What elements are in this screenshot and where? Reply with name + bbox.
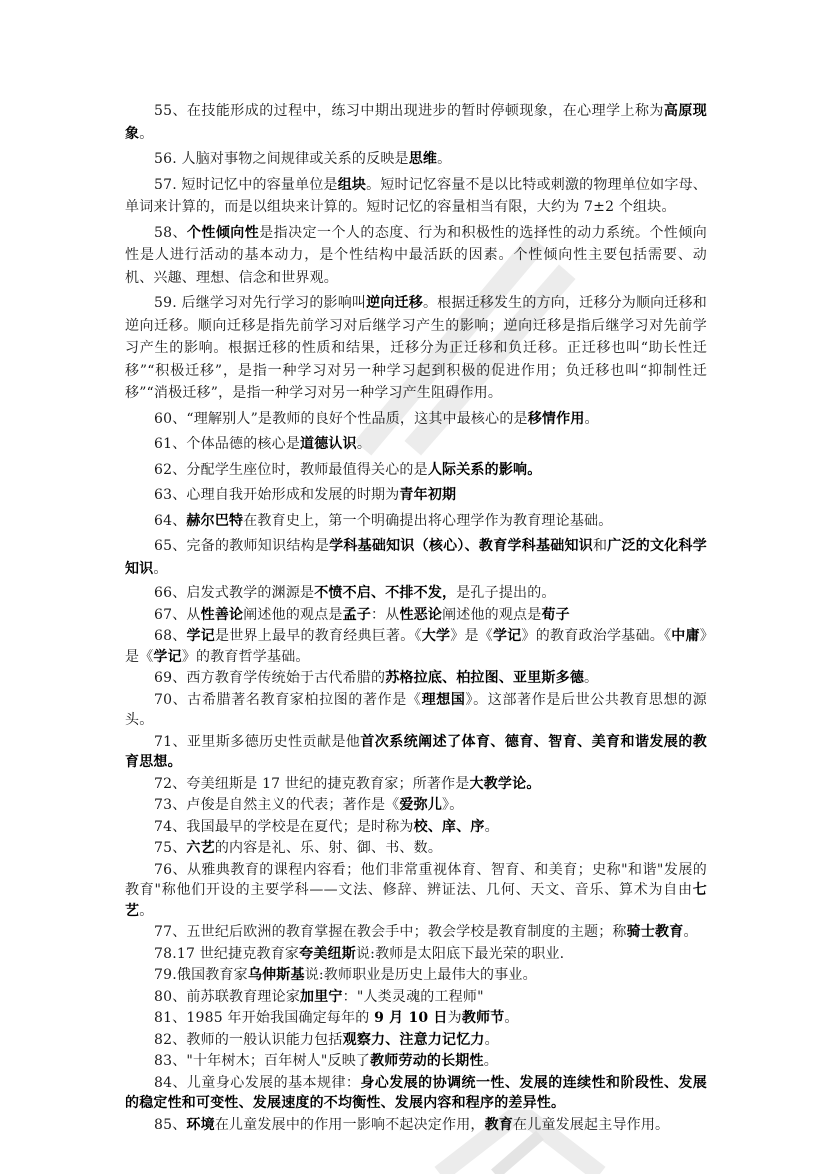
bold-keyword: 个性倾向性 (187, 225, 259, 241)
paragraph-text: 为 (448, 1010, 462, 1026)
paragraph-text: ：从 (371, 607, 399, 623)
paragraph-text: 。 (485, 1032, 499, 1048)
bold-keyword: 赫尔巴特 (186, 513, 243, 529)
paragraph-item-65: 65、完备的教师知识结构是学科基础知识（核心）、教育学科基础知识和广泛的文化科学… (125, 535, 707, 580)
paragraph-text: 。 (504, 1010, 518, 1026)
paragraph-item-62: 62、分配学生座位时，教师最值得关心的是人际关系的影响。 (125, 459, 707, 482)
paragraph-item-66: 66、启发式教学的渊源是不愤不启、不排不发，是孔子提出的。 (125, 583, 707, 604)
bold-keyword: 组块 (338, 177, 366, 193)
paragraph-text: 71、亚里斯多德历史性贡献是他 (154, 734, 360, 750)
bold-keyword: 孟子 (343, 607, 371, 623)
paragraph-item-80: 80、前苏联教育理论家加里宁："人类灵魂的工程师" (125, 987, 707, 1008)
paragraph-text: 。 (139, 903, 153, 919)
paragraph-text: 58、 (154, 225, 187, 241)
paragraph-text: 59. 后继学习对先行学习的影响叫 (154, 295, 366, 311)
paragraph-item-73: 73、卢俊是自然主义的代表；著作是《爱弥儿》。 (125, 795, 707, 816)
bold-keyword: 爱弥儿 (399, 797, 442, 813)
paragraph-text: 82、教师的一般认识能力包括 (154, 1032, 343, 1048)
paragraph-item-69: 69、西方教育学传统始于古代希腊的苏格拉底、柏拉图、亚里斯多德。 (125, 668, 707, 689)
bold-keyword: 学科基础知识（核心）、教育学科基础知识 (329, 538, 593, 554)
paragraph-text: 是世界上最早的教育经典巨著。《 (215, 628, 422, 644)
paragraph-text: 阐述他的观点是 (442, 607, 541, 623)
paragraph-text: 64、 (154, 513, 186, 529)
bold-keyword: 骑士教育 (627, 924, 684, 940)
paragraph-text: 80、前苏联教育理论家 (154, 989, 300, 1005)
bold-keyword: 青年初期 (399, 487, 456, 503)
paragraph-text: 和 (593, 538, 607, 554)
paragraph-text: 。 (357, 436, 371, 452)
bold-keyword: 教师节 (462, 1010, 505, 1026)
paragraph-item-60: 60、“理解别人”是教师的良好个性品质，这其中最核心的是移情作用。 (125, 408, 707, 431)
paragraph-text: 》。 (442, 797, 463, 813)
bold-keyword: 学记 (493, 628, 522, 644)
paragraph-text: 阐述他的观点是 (243, 607, 342, 623)
paragraph-text: 69、西方教育学传统始于古代希腊的 (154, 670, 385, 686)
bold-keyword: 移情作用 (528, 411, 585, 427)
bold-keyword: 教师劳动的长期性 (370, 1053, 484, 1069)
bold-keyword: 校、庠、序 (414, 819, 485, 835)
paragraph-text: 57. 短时记忆中的容量单位是 (154, 177, 338, 193)
paragraph-text: 63、心理自我开始形成和发展的时期为 (154, 487, 399, 503)
paragraph-text: 70、古希腊著名教育家柏拉图的著作是《 (154, 692, 422, 708)
paragraph-text: 》是《 (450, 628, 493, 644)
paragraph-text: 72、夸美纽斯是 17 世纪的捷克教育家；所著作是 (154, 776, 470, 792)
paragraph-item-77: 77、五世纪后欧洲的教育掌握在教会手中；教会学校是教育制度的主题；称骑士教育。 (125, 922, 707, 943)
bold-keyword: 中庸 (671, 628, 700, 644)
paragraph-text: 。 (139, 126, 153, 142)
paragraph-item-61: 61、个体品德的核心是道德认识。 (125, 433, 707, 456)
paragraph-item-74: 74、我国最早的学校是在夏代；是时称为校、庠、序。 (125, 817, 707, 838)
bold-keyword: 不愤不启、不排不发， (314, 585, 456, 601)
paragraph-text: 77、五世纪后欧洲的教育掌握在教会手中；教会学校是教育制度的主题；称 (154, 924, 627, 940)
bold-keyword: 逆向迁移 (366, 295, 423, 311)
paragraph-item-75: 75、六艺的内容是礼、乐、射、御、书、数。 (125, 838, 707, 859)
paragraph-item-63: 63、心理自我开始形成和发展的时期为青年初期 (125, 484, 707, 507)
paragraph-text: 的内容是礼、乐、射、御、书、数。 (215, 840, 442, 856)
paragraph-text: 。 (585, 411, 599, 427)
bold-keyword: 大教学论。 (470, 776, 541, 792)
bold-keyword: 学记 (153, 649, 181, 665)
bold-keyword: 环境 (186, 1117, 214, 1133)
paragraph-text: ："人类灵魂的工程师" (343, 989, 484, 1005)
paragraph-text: 79.俄国教育家 (154, 967, 248, 983)
bold-keyword: 教育 (485, 1117, 513, 1133)
bold-keyword: 荀子 (541, 607, 569, 623)
paragraph-text: 说:教师是太阳底下最光荣的职业. (356, 946, 564, 962)
paragraph-text: 60、“理解别人”是教师的良好个性品质，这其中最核心的是 (154, 411, 528, 427)
paragraph-text: 》的教育哲学基础。 (182, 649, 310, 665)
paragraph-text: 55、在技能形成的过程中，练习中期出现进步的暂时停顿现象，在心理学上称为 (154, 103, 664, 119)
paragraph-item-58: 58、个性倾向性是指决定一个人的态度、行为和积极性的选择性的动力系统。个性倾向性… (125, 222, 707, 290)
paragraph-text: 67、从 (154, 607, 201, 623)
bold-keyword: 人际关系的影响。 (428, 462, 542, 478)
paragraph-item-81: 81、1985 年开始我国确定每年的 9 月 10 日为教师节。 (125, 1008, 707, 1029)
paragraph-text: 。 (484, 1053, 498, 1069)
paragraph-item-79: 79.俄国教育家乌伸斯基说:教师职业是历史上最伟大的事业。 (125, 965, 707, 986)
paragraph-text: 。 (584, 670, 598, 686)
bold-keyword: 道德认识 (300, 436, 357, 452)
paragraph-text: 74、我国最早的学校是在夏代；是时称为 (154, 819, 414, 835)
paragraph-item-76: 76、从雅典教育的课程内容看；他们非常重视体育、智育、和美育；史称"和谐"发展的… (125, 860, 707, 922)
paragraph-text: 66、启发式教学的渊源是 (154, 585, 314, 601)
paragraph-text: 。 (153, 561, 167, 577)
paragraph-text: 。 (437, 151, 451, 167)
bold-keyword: 加里宁 (300, 989, 343, 1005)
paragraph-text: 在教育史上，第一个明确提出将心理学作为教育理论基础。 (243, 513, 612, 529)
paragraph-text: 83、"十年树木；百年树人"反映了 (154, 1053, 370, 1069)
paragraph-text: 61、个体品德的核心是 (154, 436, 300, 452)
bold-keyword: 9 月 10 日 (374, 1010, 447, 1026)
paragraph-text: 65、完备的教师知识结构是 (154, 538, 329, 554)
paragraph-text: 84、儿童身心发展的基本规律： (154, 1075, 360, 1091)
paragraph-text: 85、 (154, 1117, 186, 1133)
document-page: 55、在技能形成的过程中，练习中期出现进步的暂时停顿现象，在心理学上称为高原现象… (125, 100, 707, 1136)
bold-keyword: 思维 (409, 151, 437, 167)
paragraph-item-67: 67、从性善论阐述他的观点是孟子：从性恶论阐述他的观点是荀子 (125, 605, 707, 626)
paragraph-text: 75、 (154, 840, 186, 856)
paragraph-item-78: 78.17 世纪捷克教育家夸美纽斯说:教师是太阳底下最光荣的职业. (125, 944, 707, 965)
paragraph-item-57: 57. 短时记忆中的容量单位是组块。短时记忆容量不是以比特或刺激的物理单位如字母… (125, 174, 707, 219)
paragraph-text: 78.17 世纪捷克教育家 (154, 946, 299, 962)
paragraph-item-83: 83、"十年树木；百年树人"反映了教师劳动的长期性。 (125, 1051, 707, 1072)
bold-keyword: 观察力、注意力记忆力 (343, 1032, 485, 1048)
paragraph-item-70: 70、古希腊著名教育家柏拉图的著作是《理想国》。这部著作是后世公共教育思想的源头… (125, 690, 707, 731)
bold-keyword: 乌伸斯基 (248, 967, 305, 983)
bold-keyword: 苏格拉底、柏拉图、亚里斯多德 (385, 670, 584, 686)
paragraph-item-59: 59. 后继学习对先行学习的影响叫逆向迁移。根据迁移发生的方向，迁移分为顺向迁移… (125, 292, 707, 405)
paragraph-text: 56. 人脑对事物之间规律或关系的反映是 (154, 151, 409, 167)
paragraph-text: 在儿童发展起主导作用。 (513, 1117, 669, 1133)
bold-keyword: 性善论 (201, 607, 244, 623)
paragraph-text: 。 (485, 819, 499, 835)
paragraph-text: 81、1985 年开始我国确定每年的 (154, 1010, 374, 1026)
paragraph-item-82: 82、教师的一般认识能力包括观察力、注意力记忆力。 (125, 1030, 707, 1051)
paragraph-item-72: 72、夸美纽斯是 17 世纪的捷克教育家；所著作是大教学论。 (125, 774, 707, 795)
paragraph-item-56: 56. 人脑对事物之间规律或关系的反映是思维。 (125, 148, 707, 171)
paragraph-text: 。 (683, 924, 697, 940)
paragraph-text: 62、分配学生座位时，教师最值得关心的是 (154, 462, 428, 478)
bold-keyword: 夸美纽斯 (299, 946, 356, 962)
paragraph-item-64: 64、赫尔巴特在教育史上，第一个明确提出将心理学作为教育理论基础。 (125, 510, 707, 533)
paragraph-text: 在儿童发展中的作用一影响不起决定作用， (215, 1117, 485, 1133)
bold-keyword: 性恶论 (399, 607, 442, 623)
paragraph-item-85: 85、环境在儿童发展中的作用一影响不起决定作用，教育在儿童发展起主导作用。 (125, 1115, 707, 1136)
paragraph-item-71: 71、亚里斯多德历史性贡献是他首次系统阐述了体育、德育、智育、美育和谐发展的教育… (125, 732, 707, 773)
paragraph-item-55: 55、在技能形成的过程中，练习中期出现进步的暂时停顿现象，在心理学上称为高原现象… (125, 100, 707, 145)
bold-keyword: 学记 (187, 628, 216, 644)
paragraph-text: 说:教师职业是历史上最伟大的事业。 (305, 967, 537, 983)
paragraph-text: 》的教育政治学基础。《 (522, 628, 672, 644)
bold-keyword: 六艺 (186, 840, 214, 856)
bold-keyword: 理想国 (422, 692, 466, 708)
paragraph-text: 68、 (154, 628, 187, 644)
paragraph-item-68: 68、学记是世界上最早的教育经典巨著。《大学》是《学记》的教育政治学基础。《中庸… (125, 626, 707, 667)
bold-keyword: 大学 (422, 628, 451, 644)
paragraph-text: 76、从雅典教育的课程内容看；他们非常重视体育、智育、和美育；史称"和谐"发展的… (125, 862, 707, 899)
paragraph-text: 是孔子提出的。 (456, 585, 555, 601)
paragraph-item-84: 84、儿童身心发展的基本规律：身心发展的协调统一性、发展的连续性和阶段性、发展的… (125, 1073, 707, 1114)
paragraph-text: 73、卢俊是自然主义的代表；著作是《 (154, 797, 399, 813)
